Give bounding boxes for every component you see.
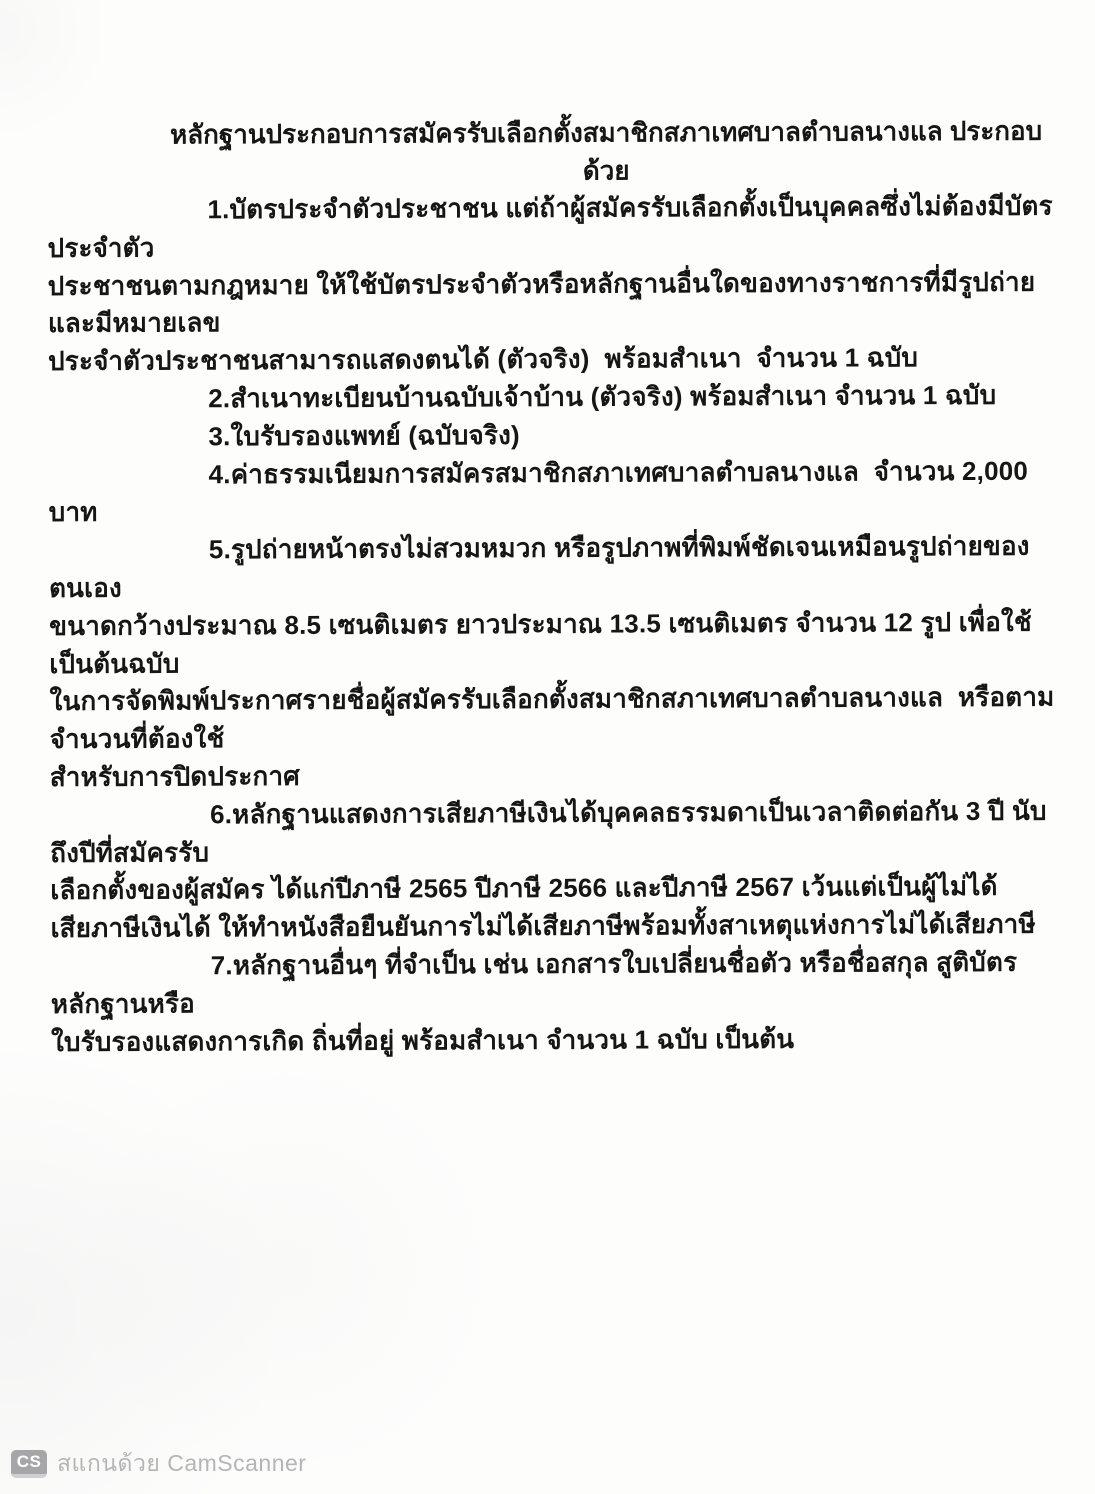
document-line: สำหรับการปิดประกาศ xyxy=(50,755,1056,797)
document-line: เสียภาษีเงินได้ ให้ทำหนังสือยืนยันการไม่… xyxy=(50,906,1056,948)
camscanner-watermark-text: สแกนด้วย CamScanner xyxy=(57,1446,306,1482)
document-line: 1.บัตรประจำตัวประชาชน แต่ถ้าผู้สมัครรับเ… xyxy=(47,188,1053,268)
document-content: หลักฐานประกอบการสมัครรับเลือกตั้งสมาชิกส… xyxy=(47,112,1057,1062)
document-line: 7.หลักฐานอื่นๆ ที่จำเป็น เช่น เอกสารใบเป… xyxy=(51,944,1057,1024)
camscanner-logo-icon: CS xyxy=(11,1450,47,1478)
document-line: 2.สำเนาทะเบียนบ้านฉบับเจ้าบ้าน (ตัวจริง)… xyxy=(48,377,1054,419)
document-line: 4.ค่าธรรมเนียมการสมัครสมาชิกสภาเทศบาลตำบ… xyxy=(48,452,1054,532)
document-line: ในการจัดพิมพ์ประกาศรายชื่อผู้สมัครรับเลื… xyxy=(49,679,1055,759)
document-line: ประชาชนตามกฎหมาย ให้ใช้บัตรประจำตัวหรือห… xyxy=(48,263,1054,343)
scanned-document-page: หลักฐานประกอบการสมัครรับเลือกตั้งสมาชิกส… xyxy=(0,0,1095,1494)
document-line: 6.หลักฐานแสดงการเสียภาษีเงินได้บุคคลธรรม… xyxy=(50,792,1056,872)
document-line: ขนาดกว้างประมาณ 8.5 เซนติเมตร ยาวประมาณ … xyxy=(49,603,1055,683)
document-line: 5.รูปถ่ายหน้าตรงไม่สวมหมวก หรือรูปภาพที่… xyxy=(49,528,1055,608)
document-body: 1.บัตรประจำตัวประชาชน แต่ถ้าผู้สมัครรับเ… xyxy=(47,188,1057,1062)
camscanner-watermark: CS สแกนด้วย CamScanner xyxy=(11,1446,306,1482)
document-line: เลือกตั้งของผู้สมัคร ได้แก่ปีภาษี 2565 ป… xyxy=(50,868,1056,910)
document-title: หลักฐานประกอบการสมัครรับเลือกตั้งสมาชิกส… xyxy=(47,112,1053,192)
document-line: ประจำตัวประชาชนสามารถแสดงตนได้ (ตัวจริง)… xyxy=(48,339,1054,381)
document-line: 3.ใบรับรองแพทย์ (ฉบับจริง) xyxy=(48,414,1054,456)
document-line: ใบรับรองแสดงการเกิด ถิ่นที่อยู่ พร้อมสำเ… xyxy=(51,1019,1057,1061)
